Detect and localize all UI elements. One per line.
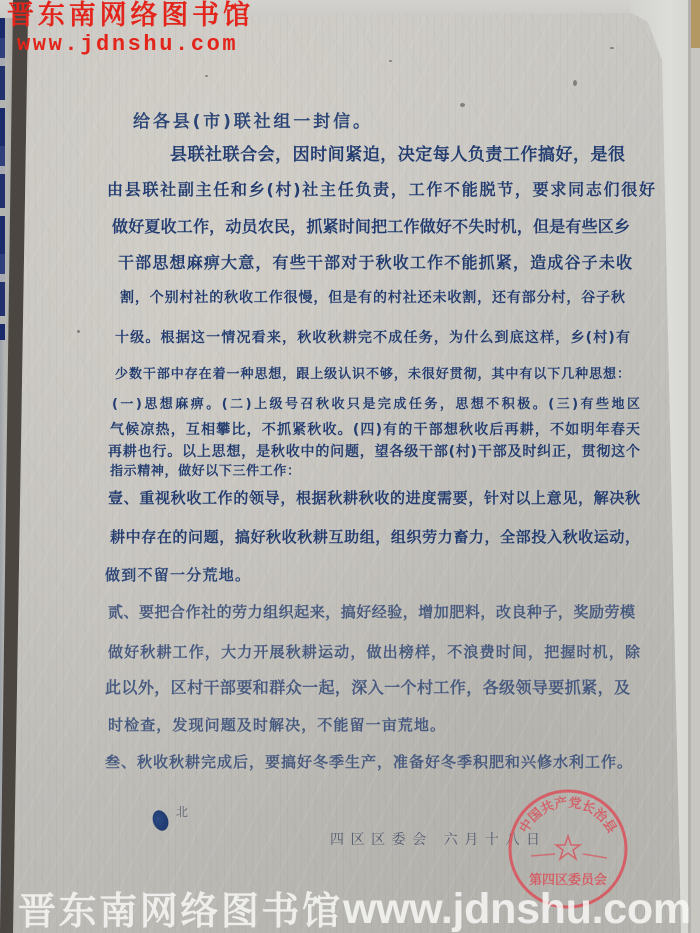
list-item-one: (一)思想麻痹。(二)上级号召秋收只是完成任务，思想不积极。(三)有些地区 <box>112 394 640 416</box>
seal-star-icon <box>556 836 580 859</box>
seal-top-text: 中国共产党长治县 <box>516 795 619 836</box>
section-two: 贰、要把合作社的劳力组织起来，搞好经验，增加肥料，改良种子，奖励劳模 <box>108 601 635 623</box>
letter-line: 十级。根据这一情况看来，秋收秋耕完不成任务，为什么到底这样，乡(村)有 <box>115 327 630 349</box>
paper-speck <box>573 80 577 86</box>
letter-line: 由县联社副主任和乡(村)社主任负责，工作不能脱节，要求同志们很好 <box>107 179 655 201</box>
letter-line: 县联社联合会，因时间紧迫，决定每人负责工作搞好，是很 <box>170 144 625 166</box>
letter-line: 指示精神，做好以下三件工作： <box>110 461 300 483</box>
letter-line: 做好夏收工作，动员农民，抓紧时间把工作做好不失时机，但是有些区乡 <box>112 216 630 238</box>
watermark-bottom-title: 晋东南网络图书馆 <box>18 888 340 933</box>
paper-speck <box>77 330 80 333</box>
paper-speck <box>205 75 208 77</box>
letter-line: 少数干部中存在着一种思想，跟上级认识不够，未很好贯彻，其中有以下几种思想： <box>115 364 630 386</box>
letter-line: 此以外，区村干部要和群众一起，深入一个村工作，各级领导要抓紧，及 <box>105 677 630 699</box>
section-one: 壹、重视秋收工作的领导，根据秋耕秋收的进度需要，针对以上意见，解决秋 <box>108 487 640 509</box>
underlying-page-ink <box>0 0 5 340</box>
letter-line: 再耕也行。以上思想，是秋收中的问题，望各级干部(村)干部及时纠正，贯彻这个 <box>108 441 640 463</box>
letter-line: 割，个别村社的秋收工作很慢，但是有的村社还未收割，还有部分村，谷子秋 <box>120 287 625 309</box>
right-tan-edge <box>691 0 700 48</box>
seal-line <box>583 854 607 858</box>
watermark-top-title: 晋东南网络图书馆 <box>7 0 250 32</box>
seal-line <box>531 854 555 856</box>
letter-heading: 给各县(市)联社组一封信。 <box>133 111 370 133</box>
letter-line: 做好秋耕工作，大力开展秋耕运动，做出榜样，不浪费时间，把握时机，除 <box>108 641 640 663</box>
paper-speck <box>460 103 465 107</box>
letter-line: 时检查，发现问题及时解决，不能留一亩荒地。 <box>108 714 445 736</box>
letter-line: 做到不留一分荒地。 <box>105 564 250 586</box>
right-background <box>691 0 700 933</box>
section-three: 叁、秋收秋耕完成后，要搞好冬季生产，准备好冬季积肥和兴修水利工作。 <box>105 751 632 773</box>
letter-line: 耕中存在的问题，搞好秋收秋耕互助组，组织劳力畜力，全部投入秋收运动， <box>110 526 640 548</box>
watermark-top-url: www.jdnshu.com <box>17 32 238 58</box>
watermark-bottom-url: www.jdnshu.com <box>343 884 691 933</box>
paper-speck <box>389 60 392 62</box>
letter-line: 干部思想麻痹大意，有些干部对于秋收工作不能抓紧，造成谷子未收 <box>118 252 632 274</box>
margin-mark: 北 <box>176 803 188 820</box>
letter-line: 气候凉热，互相攀比，不抓紧秋收。(四)有的干部想秋收后再耕，不如明年春天 <box>110 419 640 441</box>
paper-speck <box>610 47 614 49</box>
